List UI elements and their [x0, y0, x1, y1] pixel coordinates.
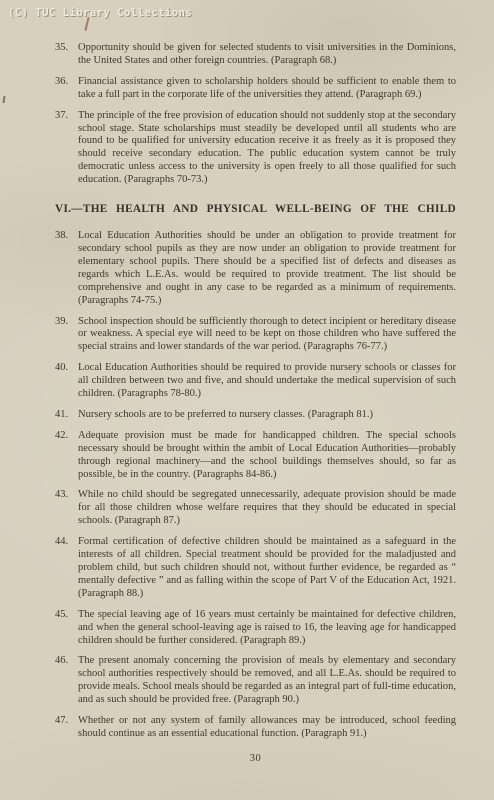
list-item-41: 41. Nursery schools are to be preferred …	[55, 409, 456, 422]
list-item-38: 38. Local Education Authorities should b…	[55, 230, 456, 307]
item-number: 38.	[55, 230, 78, 307]
section-heading: VI.—THE HEALTH AND PHYSICAL WELL-BEING O…	[55, 203, 456, 216]
list-item-43: 43. While no child should be segregated …	[55, 489, 456, 528]
item-number: 37.	[55, 110, 78, 187]
item-text: Adequate provision must be made for hand…	[78, 430, 456, 482]
list-item-37: 37. The principle of the free provision …	[55, 110, 456, 187]
item-text: The special leaving age of 16 years must…	[78, 609, 456, 648]
item-text: Formal certification of defective childr…	[78, 536, 456, 601]
item-number: 45.	[55, 609, 78, 648]
list-item-45: 45. The special leaving age of 16 years …	[55, 609, 456, 648]
scanned-document-page: (C) TUC Library Collections 35. Opportun…	[0, 0, 494, 800]
item-number: 47.	[55, 715, 78, 741]
item-number: 36.	[55, 76, 78, 102]
item-number: 40.	[55, 362, 78, 401]
item-text: Financial assistance given to scholarshi…	[78, 76, 456, 102]
ink-speck	[3, 96, 6, 103]
list-item-42: 42. Adequate provision must be made for …	[55, 430, 456, 482]
list-item-47: 47. Whether or not any system of family …	[55, 715, 456, 741]
item-text: Local Education Authorities should be re…	[78, 362, 456, 401]
item-text: While no child should be segregated unne…	[78, 489, 456, 528]
list-item-39: 39. School inspection should be sufficie…	[55, 316, 456, 355]
item-number: 35.	[55, 42, 78, 68]
page-number: 30	[55, 753, 456, 766]
item-number: 42.	[55, 430, 78, 482]
item-number: 46.	[55, 655, 78, 707]
item-text: Whether or not any system of family allo…	[78, 715, 456, 741]
item-text: Opportunity should be given for selected…	[78, 42, 456, 68]
list-item-46: 46. The present anomaly concerning the p…	[55, 655, 456, 707]
list-item-36: 36. Financial assistance given to schola…	[55, 76, 456, 102]
item-number: 44.	[55, 536, 78, 601]
list-item-35: 35. Opportunity should be given for sele…	[55, 42, 456, 68]
item-number: 41.	[55, 409, 78, 422]
copyright-watermark: (C) TUC Library Collections	[8, 7, 192, 19]
red-scratch-mark	[84, 17, 89, 31]
list-item-40: 40. Local Education Authorities should b…	[55, 362, 456, 401]
page-content: 35. Opportunity should be given for sele…	[55, 42, 456, 766]
item-text: The principle of the free provision of e…	[78, 110, 456, 187]
item-text: Local Education Authorities should be un…	[78, 230, 456, 307]
item-number: 43.	[55, 489, 78, 528]
item-text: School inspection should be sufficiently…	[78, 316, 456, 355]
item-number: 39.	[55, 316, 78, 355]
item-text: Nursery schools are to be preferred to n…	[78, 409, 456, 422]
item-text: The present anomaly concerning the provi…	[78, 655, 456, 707]
list-item-44: 44. Formal certification of defective ch…	[55, 536, 456, 601]
